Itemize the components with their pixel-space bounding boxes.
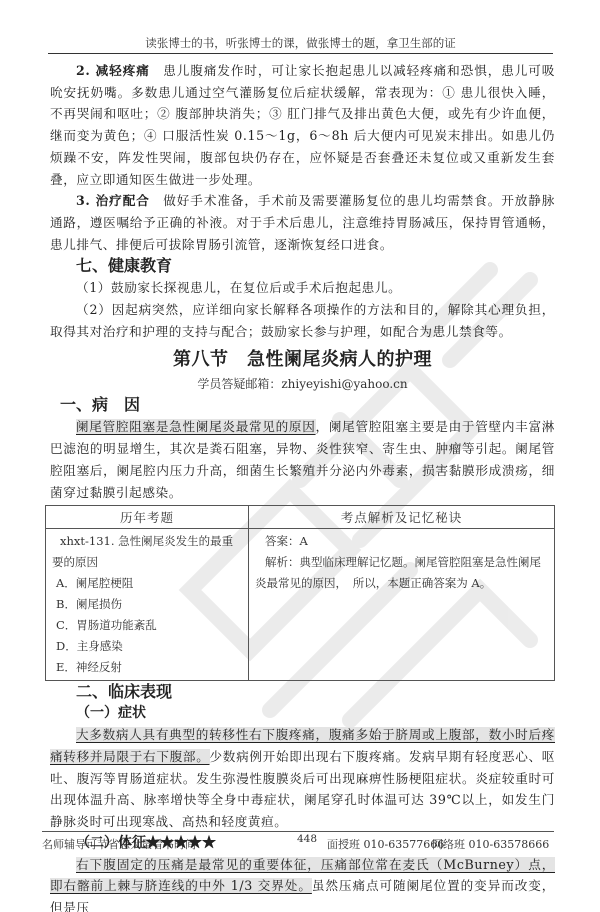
question-cell: xhxt-131. 急性阑尾炎发生的最重要的原因 A．阑尾腔梗阻 B．阑尾损伤 … (46, 529, 249, 681)
page-header: 读张博士的书，听张博士的课，做张博士的题，拿卫生部的证 (48, 36, 553, 54)
page-content: 2. 减轻疼痛 患儿腹痛发作时，可让家长抱起患儿以减轻疼痛和恐惧，患儿可吸吮安抚… (50, 60, 555, 912)
option-b: B．阑尾损伤 (52, 594, 242, 615)
signs-heading: （二）体征★★★★★ (76, 833, 555, 854)
answer-text: 答案：A (255, 531, 548, 552)
header-slogan: 读张博士的书，听张博士的课，做张博士的题，拿卫生部的证 (145, 36, 456, 50)
question-text: xhxt-131. 急性阑尾炎发生的最重要的原因 (52, 531, 242, 573)
table-header-analysis: 考点解析及记忆秘诀 (249, 506, 555, 529)
pain-relief-paragraph: 2. 减轻疼痛 患儿腹痛发作时，可让家长抱起患儿以减轻疼痛和恐惧，患儿可吸吮安抚… (50, 60, 555, 190)
chapter-title: 第八节 急性阑尾炎病人的护理 (50, 346, 555, 374)
treatment-heading: 3. 治疗配合 (76, 193, 150, 208)
etiology-paragraph: 阑尾管腔阻塞是急性阑尾炎最常见的原因，阑尾管腔阻塞主要是由于管壁内丰富淋巴滤泡的… (50, 416, 555, 503)
option-d: D．主身感染 (52, 636, 242, 657)
exam-question-table: 历年考题 考点解析及记忆秘诀 xhxt-131. 急性阑尾炎发生的最重要的原因 … (45, 505, 555, 681)
health-education-item-1: （1）鼓励家长探视患儿，在复位后或手术后抱起患儿。 (50, 277, 555, 299)
signs-paragraph: 右下腹固定的压痛是最常见的重要体征，压痛部位常在麦氏（McBurney）点，即右… (50, 854, 555, 912)
qa-email: 学员答疑邮箱：zhiyeyishi@yahoo.cn (50, 374, 555, 394)
clinical-heading: 二、临床表现 (76, 681, 555, 703)
symptoms-heading: （一）症状 (76, 703, 555, 724)
option-a: A．阑尾腔梗阻 (52, 573, 242, 594)
health-education-item-2: （2）因起病突然，应详细向家长解释各项操作的方法和目的，解除其心理负担，取得其对… (50, 299, 555, 342)
pain-relief-text: 患儿腹痛发作时，可让家长抱起患儿以减轻疼痛和恐惧，患儿可吸吮安抚奶嘴。多数患儿通… (50, 63, 555, 187)
analysis-text: 解析：典型临床理解记忆题。阑尾管腔阻塞是急性阑尾炎最常见的原因， 所以，本题正确… (255, 552, 548, 594)
option-e: E．神经反射 (52, 657, 242, 678)
health-education-heading: 七、健康教育 (76, 255, 555, 277)
symptoms-paragraph: 大多数病人具有典型的转移性右下腹疼痛，腹痛多始于脐周或上腹部，数小时后疼痛转移并… (50, 724, 555, 833)
option-c: C．胃肠道功能紊乱 (52, 615, 242, 636)
analysis-cell: 答案：A 解析：典型临床理解记忆题。阑尾管腔阻塞是急性阑尾炎最常见的原因， 所以… (249, 529, 555, 681)
etiology-highlight: 阑尾管腔阻塞是急性阑尾炎最常见的原因 (76, 419, 316, 434)
etiology-heading: 一、病 因 (60, 394, 555, 416)
pain-relief-heading: 2. 减轻疼痛 (76, 63, 150, 78)
table-header-past-questions: 历年考题 (46, 506, 249, 529)
treatment-paragraph: 3. 治疗配合 做好手术准备，手术前及需要灌肠复位的患儿均需禁食。开放静脉通路，… (50, 190, 555, 255)
